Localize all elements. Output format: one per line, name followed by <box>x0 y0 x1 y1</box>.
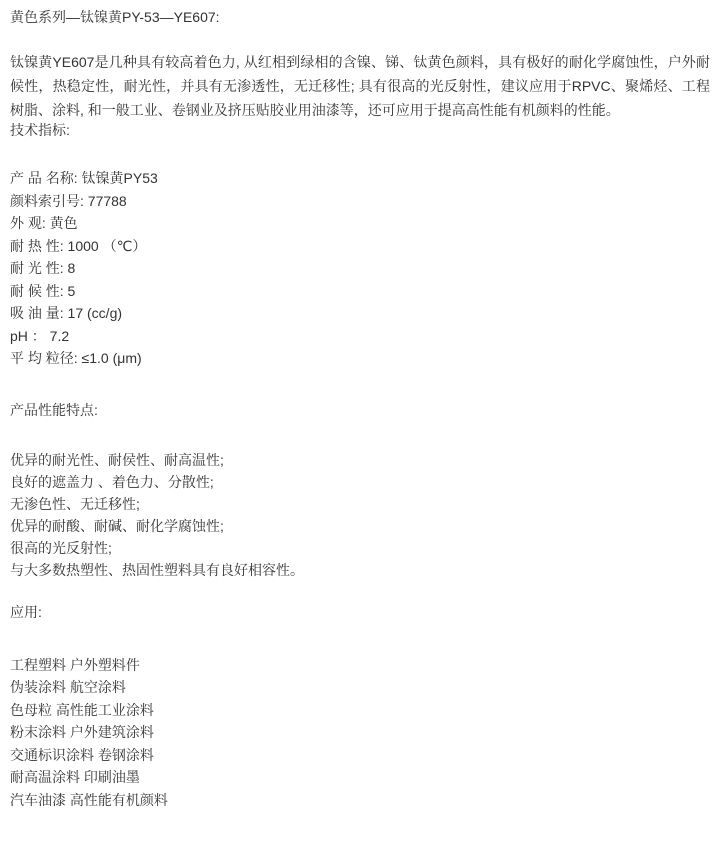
features-list: 优异的耐光性、耐侯性、耐高温性;良好的遮盖力 、着色力、分散性;无渗色性、无迁移… <box>10 449 710 581</box>
feature-line: 很高的光反射性; <box>10 537 710 559</box>
spec-line: 颜料索引号: 77788 <box>10 190 710 213</box>
intro-paragraph: 钛镍黄YE607是几种具有较高着色力, 从红相到绿相的含镍、锑、钛黄色颜料，具有… <box>10 50 710 122</box>
application-line: 汽车油漆 高性能有机颜料 <box>10 789 710 812</box>
spec-line: 吸 油 量: 17 (cc/g) <box>10 302 710 325</box>
feature-line: 优异的耐酸、耐碱、耐化学腐蚀性; <box>10 515 710 537</box>
spec-line: 耐 光 性: 8 <box>10 257 710 280</box>
applications-list: 工程塑料 户外塑料件伪装涂料 航空涂料色母粒 高性能工业涂料粉末涂料 户外建筑涂… <box>10 654 710 812</box>
document-page: 黄色系列—钛镍黄PY-53—YE607: 钛镍黄YE607是几种具有较高着色力,… <box>0 0 724 849</box>
page-title: 黄色系列—钛镍黄PY-53—YE607: <box>10 9 710 25</box>
spec-line: 耐 候 性: 5 <box>10 280 710 303</box>
application-line: 伪装涂料 航空涂料 <box>10 676 710 699</box>
spec-line: 耐 热 性: 1000 （℃） <box>10 235 710 258</box>
application-line: 工程塑料 户外塑料件 <box>10 654 710 677</box>
application-line: 耐高温涂料 印刷油墨 <box>10 766 710 789</box>
spec-line: 外 观: 黄色 <box>10 212 710 235</box>
tech-specs-list: 产 品 名称: 钛镍黄PY53颜料索引号: 77788外 观: 黄色耐 热 性:… <box>10 167 710 370</box>
applications-header: 应用: <box>10 604 710 620</box>
spec-line: pH ： 7.2 <box>10 325 710 348</box>
tech-specs-header: 技术指标: <box>10 122 710 138</box>
feature-line: 与大多数热塑性、热固性塑料具有良好相容性。 <box>10 559 710 581</box>
spec-line: 产 品 名称: 钛镍黄PY53 <box>10 167 710 190</box>
application-line: 粉末涂料 户外建筑涂料 <box>10 721 710 744</box>
feature-line: 无渗色性、无迁移性; <box>10 493 710 515</box>
feature-line: 良好的遮盖力 、着色力、分散性; <box>10 471 710 493</box>
feature-line: 优异的耐光性、耐侯性、耐高温性; <box>10 449 710 471</box>
application-line: 交通标识涂料 卷钢涂料 <box>10 744 710 767</box>
application-line: 色母粒 高性能工业涂料 <box>10 699 710 722</box>
features-header: 产品性能特点: <box>10 402 710 418</box>
spec-line: 平 均 粒径: ≤1.0 (μm) <box>10 347 710 370</box>
